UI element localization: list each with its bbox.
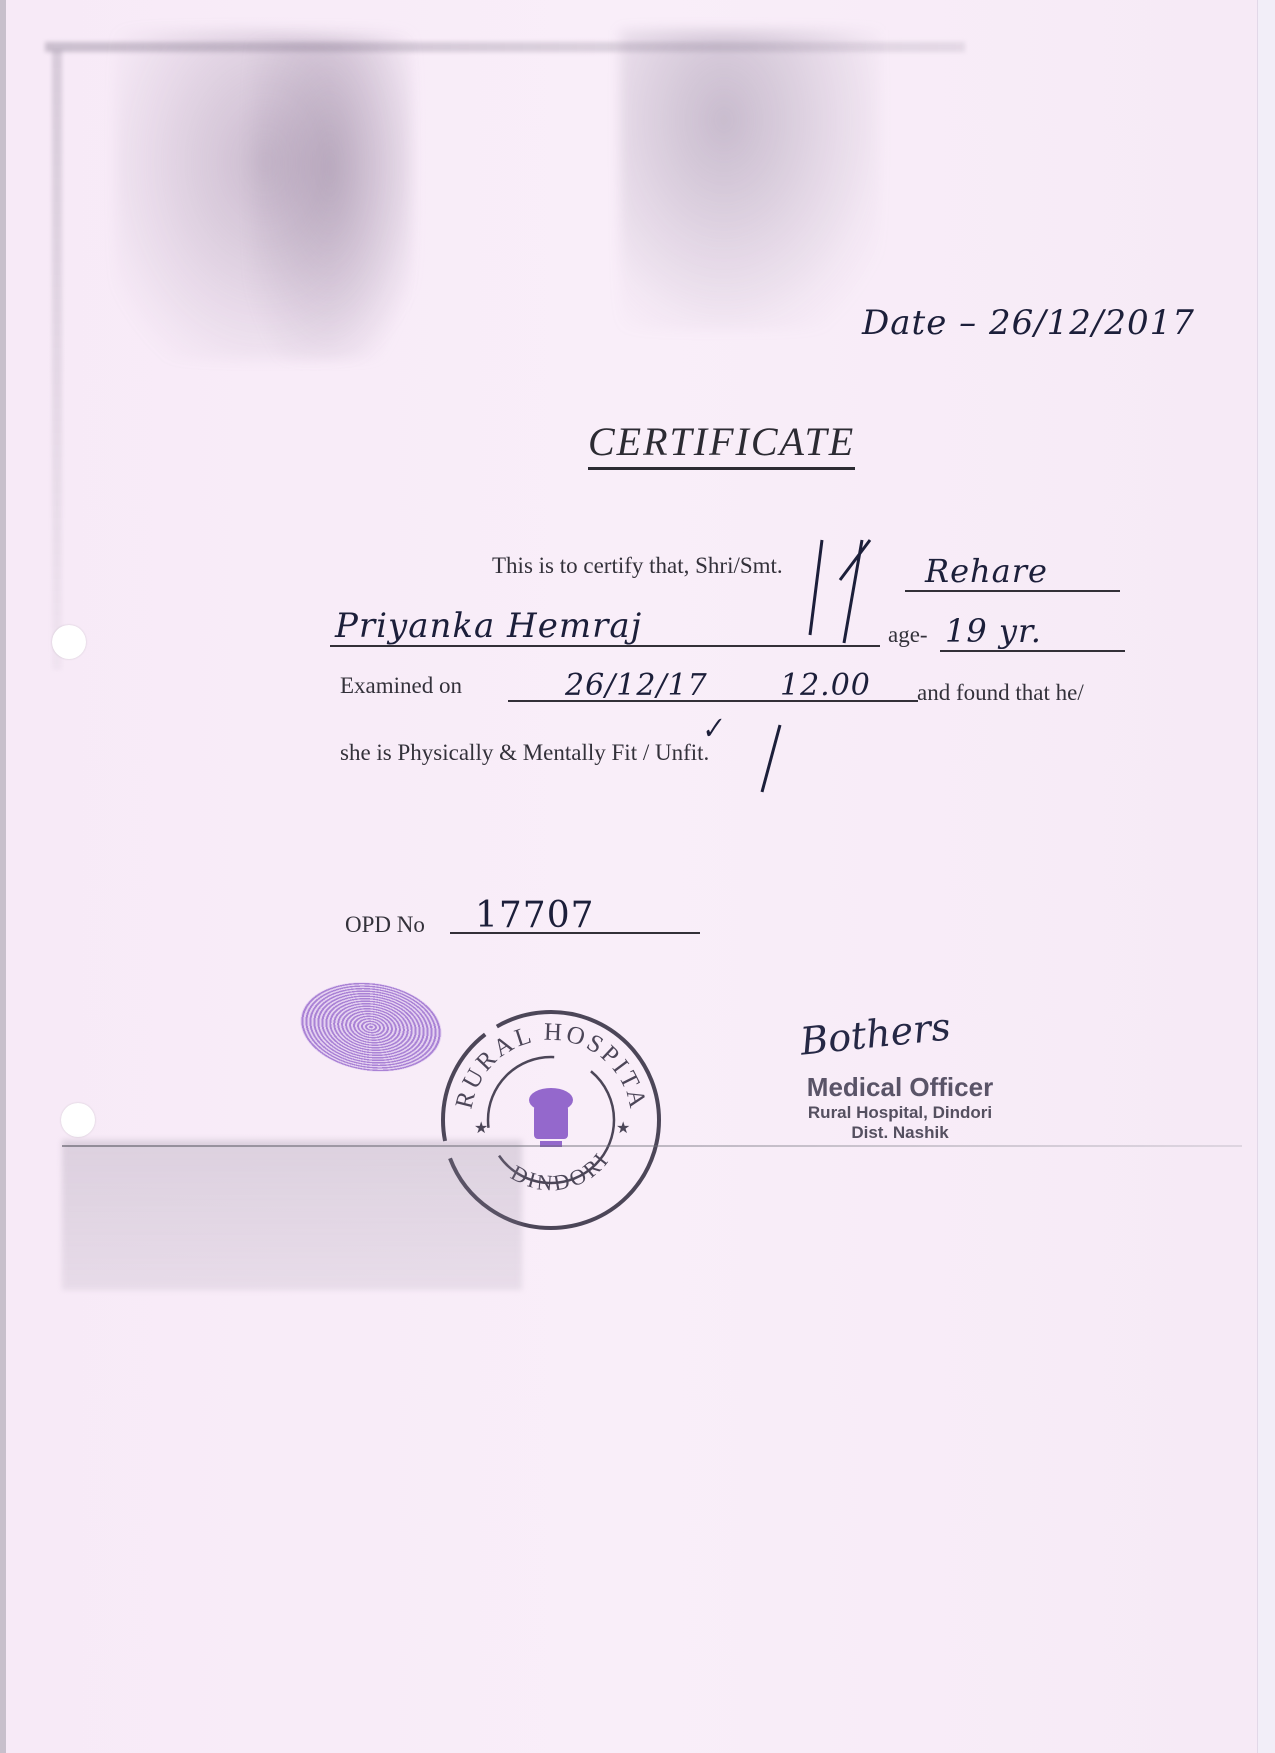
- unfit-strike-mark: [750, 720, 790, 795]
- date-label: Date: [862, 303, 947, 343]
- examined-label: Examined on: [340, 673, 462, 699]
- shri-strike-mark: [800, 535, 890, 645]
- name-underline: [905, 590, 1120, 592]
- photocopy-shadow: [620, 30, 880, 330]
- thumbprint-icon: [295, 974, 448, 1081]
- photocopy-shadow: [250, 40, 410, 360]
- photocopy-left-shadow: [52, 50, 62, 670]
- svg-text:DINDORI: DINDORI: [507, 1146, 615, 1195]
- star-icon: ★: [616, 1120, 630, 1137]
- national-emblem-icon: [529, 1088, 573, 1147]
- fit-checkmark-icon: ✓: [697, 710, 727, 747]
- star-icon: ★: [474, 1120, 488, 1137]
- officer-signature: Bothers: [798, 1004, 952, 1064]
- examined-date: 26/12/17: [565, 668, 708, 703]
- certificate-title: CERTIFICATE: [588, 418, 855, 470]
- officer-stamp: Medical Officer Rural Hospital, Dindori …: [760, 1072, 1040, 1143]
- paper-crease: [62, 1145, 1242, 1147]
- date-handwritten: Date – 26/12/2017: [862, 303, 1195, 343]
- name-given: Priyanka Hemraj: [335, 606, 642, 646]
- punch-hole: [61, 1103, 95, 1137]
- opd-value: 17707: [475, 895, 595, 936]
- certificate-page: Date – 26/12/2017 CERTIFICATE This is to…: [0, 0, 1258, 1753]
- officer-district: Dist. Nashik: [760, 1123, 1040, 1143]
- age-value: 19 yr.: [945, 612, 1042, 650]
- scan-right-edge: [1257, 0, 1275, 1753]
- date-value: 26/12/2017: [989, 303, 1195, 343]
- officer-hospital: Rural Hospital, Dindori: [760, 1103, 1040, 1123]
- name-surname: Rehare: [925, 552, 1048, 590]
- opd-label: OPD No: [345, 912, 425, 938]
- examined-time: 12.00: [780, 668, 871, 703]
- photocopy-bottom-shadow: [62, 1140, 522, 1290]
- scan-left-edge: [0, 0, 6, 1753]
- age-underline: [940, 650, 1125, 652]
- officer-role: Medical Officer: [760, 1072, 1040, 1103]
- age-label: age-: [888, 622, 928, 648]
- punch-hole: [52, 625, 86, 659]
- seal-bottom-text: DINDORI: [507, 1146, 615, 1195]
- fitness-text: she is Physically & Mentally Fit / Unfit…: [340, 740, 709, 766]
- certify-text: This is to certify that, Shri/Smt.: [492, 553, 783, 579]
- found-text: and found that he/: [917, 680, 1084, 706]
